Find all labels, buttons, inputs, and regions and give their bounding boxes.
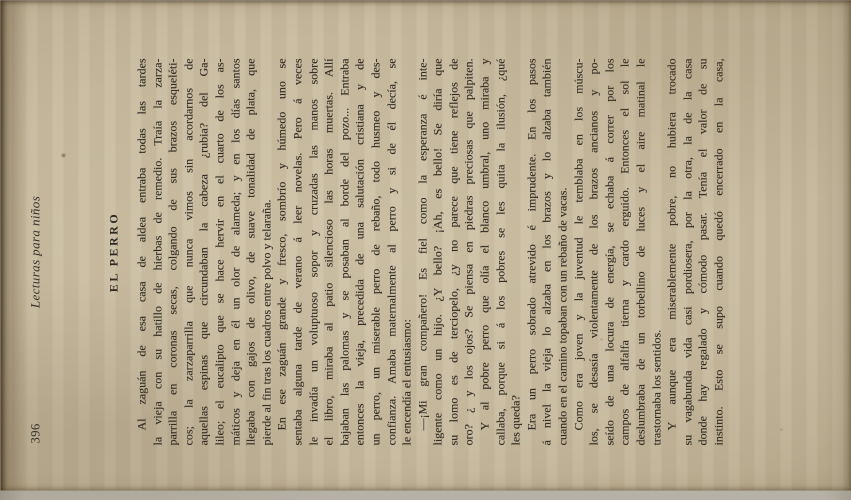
text-line: le invadía un voluptuoso sopor y cruzada…: [306, 58, 322, 445]
running-title: Lecturas para niños: [27, 195, 42, 307]
chapter-heading: EL PERRO: [106, 58, 121, 445]
text-line: seído de una locura de energía, se echab…: [602, 58, 618, 445]
paper-specks: [0, 488, 2, 490]
text-line: máticos y deja en él un olor de alameda;…: [228, 58, 244, 445]
text-line: —¡Mi gran compañero! Es fiel como la esp…: [415, 58, 431, 445]
text-line: trastornaba los sentidos.: [649, 58, 665, 445]
text-line: le encendía el entusiasmo:: [399, 58, 415, 445]
text-line: Era un perro sobrado atrevido é impruden…: [524, 58, 540, 445]
text-line: instinto. Esto se supo cuando quedó ence…: [711, 58, 727, 445]
text-line: cos; la zarzaparrilla que nunca vimos si…: [181, 58, 197, 445]
text-line: llegaba con gajos de olivo, de suave ton…: [243, 58, 259, 445]
text-line: Y aunque era miserablemente pobre, no hu…: [664, 58, 680, 445]
text-line: cuando en el camino topaban con un rebañ…: [555, 58, 571, 445]
scan-background: 396 Lecturas para niños EL PERRO Al zagu…: [0, 0, 851, 500]
text-line: ligente como un hijo. ¿Y bello? ¡Ah, es …: [430, 58, 446, 445]
text-line: En ese zaguán grande y fresco, sombrío y…: [274, 58, 290, 445]
text-line: les queda?: [508, 58, 524, 445]
text-line: bajaban las palomas y se posaban al bord…: [337, 58, 353, 445]
text-line: confianza. Amaba maternalmente al perro …: [384, 58, 400, 445]
page-number: 396: [28, 423, 43, 443]
text-line: á nivel la vieja lo alzaba en los brazos…: [539, 58, 555, 445]
text-line: Al zaguán de esa casa de aldea entraba t…: [134, 58, 150, 445]
text-line: campos de alfalfa tierna y cardo erguido…: [617, 58, 633, 445]
text-line: su vagabunda vida casi pordiosera, por l…: [680, 58, 696, 445]
text-line: oro? ¿ y los ojos? Se piensa en piedras …: [461, 58, 477, 445]
text-line: deslumbraba de un torbellino de luces y …: [633, 58, 649, 445]
text-line: parrilla en coronas secas, colgando de s…: [165, 58, 181, 445]
text-line: Y al pobre perro que olía el blanco umbr…: [477, 58, 493, 445]
text-line: su lomo es de terciopelo, ¿y no parece q…: [446, 58, 462, 445]
text-line: un perro, un miserable perro de rebaño, …: [368, 58, 384, 445]
text-line: donde hay regalado y cómodo pasar. Tenía…: [695, 58, 711, 445]
text-line: aquellas espinas que circundaban la cabe…: [196, 58, 212, 445]
text-line: el libro, miraba al patio silencioso las…: [321, 58, 337, 445]
text-line: sentaba alguna tarde de verano á leer no…: [290, 58, 306, 445]
text-line: Como era joven y la juventud le temblaba…: [571, 58, 587, 445]
text-line: callaba, porque si á los pobres se les q…: [493, 58, 509, 445]
text-line: lileo; el eucalipto que se hace hervir e…: [212, 58, 228, 445]
text-line: los, se desasía violentamente de los bra…: [586, 58, 602, 445]
book-page: 396 Lecturas para niños EL PERRO Al zagu…: [0, 0, 851, 490]
text-line: pierde al fin tras los cuadros entre pol…: [259, 58, 275, 445]
text-line: la vieja con su hatillo de hierbas de re…: [150, 58, 166, 445]
text-line: entonces la vieja, precedida de una salu…: [352, 58, 368, 445]
body-text: Al zaguán de esa casa de aldea entraba t…: [134, 58, 727, 445]
running-header: 396 Lecturas para niños: [27, 58, 44, 445]
